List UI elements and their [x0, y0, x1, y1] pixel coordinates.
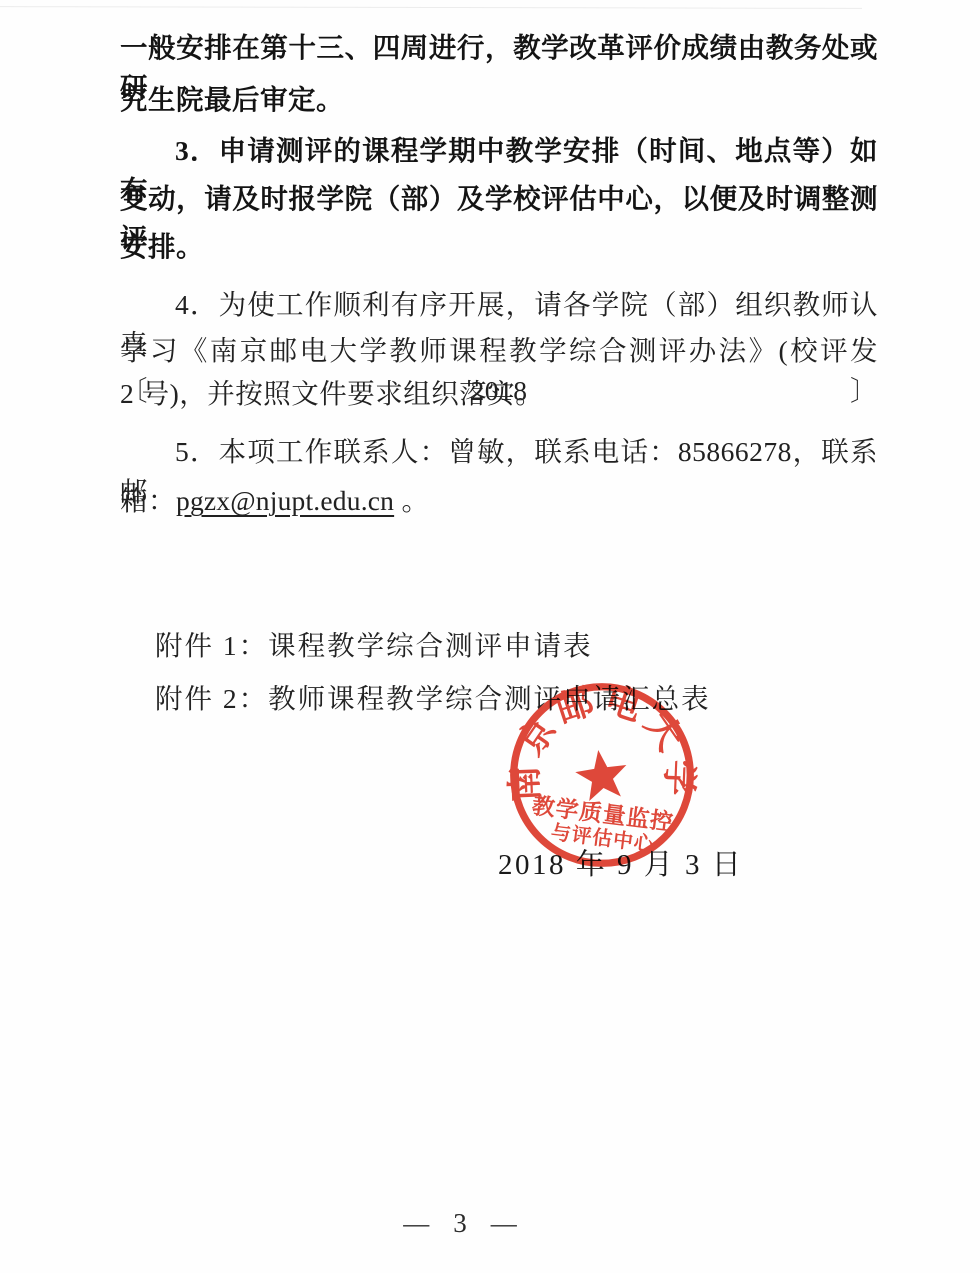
seal-star-icon — [573, 746, 631, 802]
document-page: { "body": { "l1": "一般安排在第十三、四周进行，教学改革评价成… — [0, 0, 980, 1273]
contact-email: pgzx@njupt.edu.cn — [176, 485, 394, 516]
page-number: 3 — [453, 1208, 467, 1239]
page-footer: — 3 — — [0, 1208, 920, 1239]
footer-dash-left: — — [403, 1209, 429, 1239]
body-line-2: 究生院最后审定。 — [120, 80, 878, 120]
attachment-line-1: 附件 1：课程教学综合测评申请表 — [155, 626, 875, 666]
body-line-10-suffix: 。 — [394, 485, 429, 516]
body-line-10: 箱：pgzx@njupt.edu.cn 。 — [120, 481, 878, 521]
footer-dash-right: — — [491, 1209, 517, 1239]
university-seal: 南京邮电大学 教学质量监控 与评估中心 — [505, 678, 699, 872]
contact-email-label: 箱： — [120, 485, 176, 516]
scan-artifact-line — [0, 6, 862, 9]
body-line-5: 安排。 — [120, 227, 878, 267]
body-line-8: 2 号)，并按照文件要求组织落实。 — [120, 374, 878, 414]
